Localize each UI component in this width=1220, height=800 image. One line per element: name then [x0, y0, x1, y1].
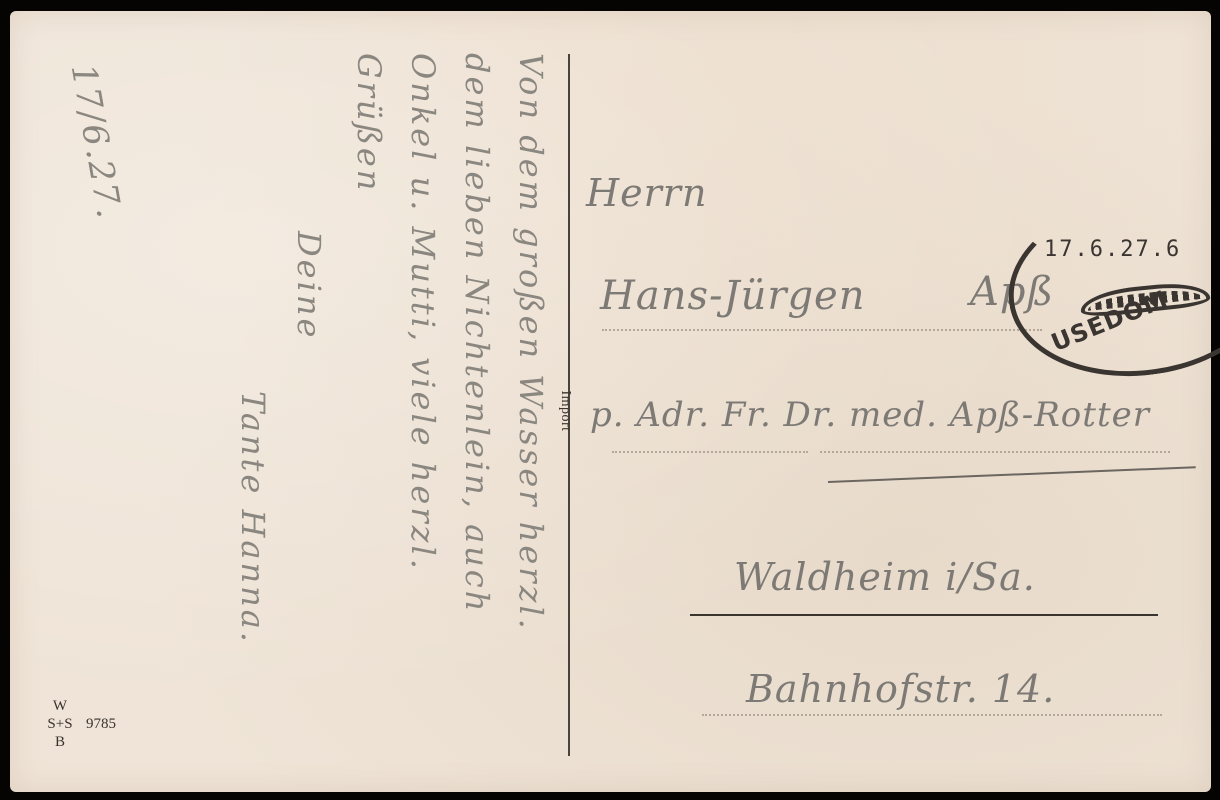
message-line: Tante Hanna.	[234, 391, 272, 645]
message-date: 17/6.27.	[63, 61, 130, 223]
address-dotted-line-2b	[820, 451, 1170, 453]
address-solid-rule	[690, 614, 1158, 616]
address-dotted-line-3	[702, 714, 1162, 716]
address-street: Bahnhofstr. 14.	[746, 667, 1055, 711]
message-line: dem lieben Nichtenlein, auch	[458, 53, 496, 614]
message-line: Deine	[290, 231, 328, 340]
address-recipient-name: Hans-Jürgen	[600, 273, 866, 319]
address-city: Waldheim i/Sa.	[734, 555, 1036, 599]
message-line: Onkel u. Mutti, viele herzl.	[404, 53, 442, 572]
publisher-bottom: B	[40, 733, 80, 751]
postmark: 17.6.27.6 USEDOM	[1002, 189, 1220, 379]
address-dotted-line-2a	[612, 451, 808, 453]
import-label: Import	[557, 376, 573, 446]
postmark-date: 17.6.27.6	[1044, 237, 1181, 262]
postmark-ring	[1002, 189, 1220, 379]
postcard: 17/6.27. Von dem großen Wasser herzl. de…	[10, 11, 1211, 792]
address-salutation: Herrn	[586, 171, 707, 215]
message-line: Von dem großen Wasser herzl.	[512, 53, 550, 632]
publisher-top: W	[40, 697, 80, 715]
publisher-number: 9785	[86, 715, 116, 733]
publisher-mark: W S+S 9785 B	[40, 697, 116, 751]
publisher-monogram: S+S	[40, 715, 80, 733]
message-line: Grüßen	[350, 53, 388, 193]
address-dotted-line-1	[602, 329, 1042, 331]
address-care-of: p. Adr. Fr. Dr. med. Apß-Rotter	[590, 395, 1150, 435]
pencil-underline	[828, 466, 1196, 483]
